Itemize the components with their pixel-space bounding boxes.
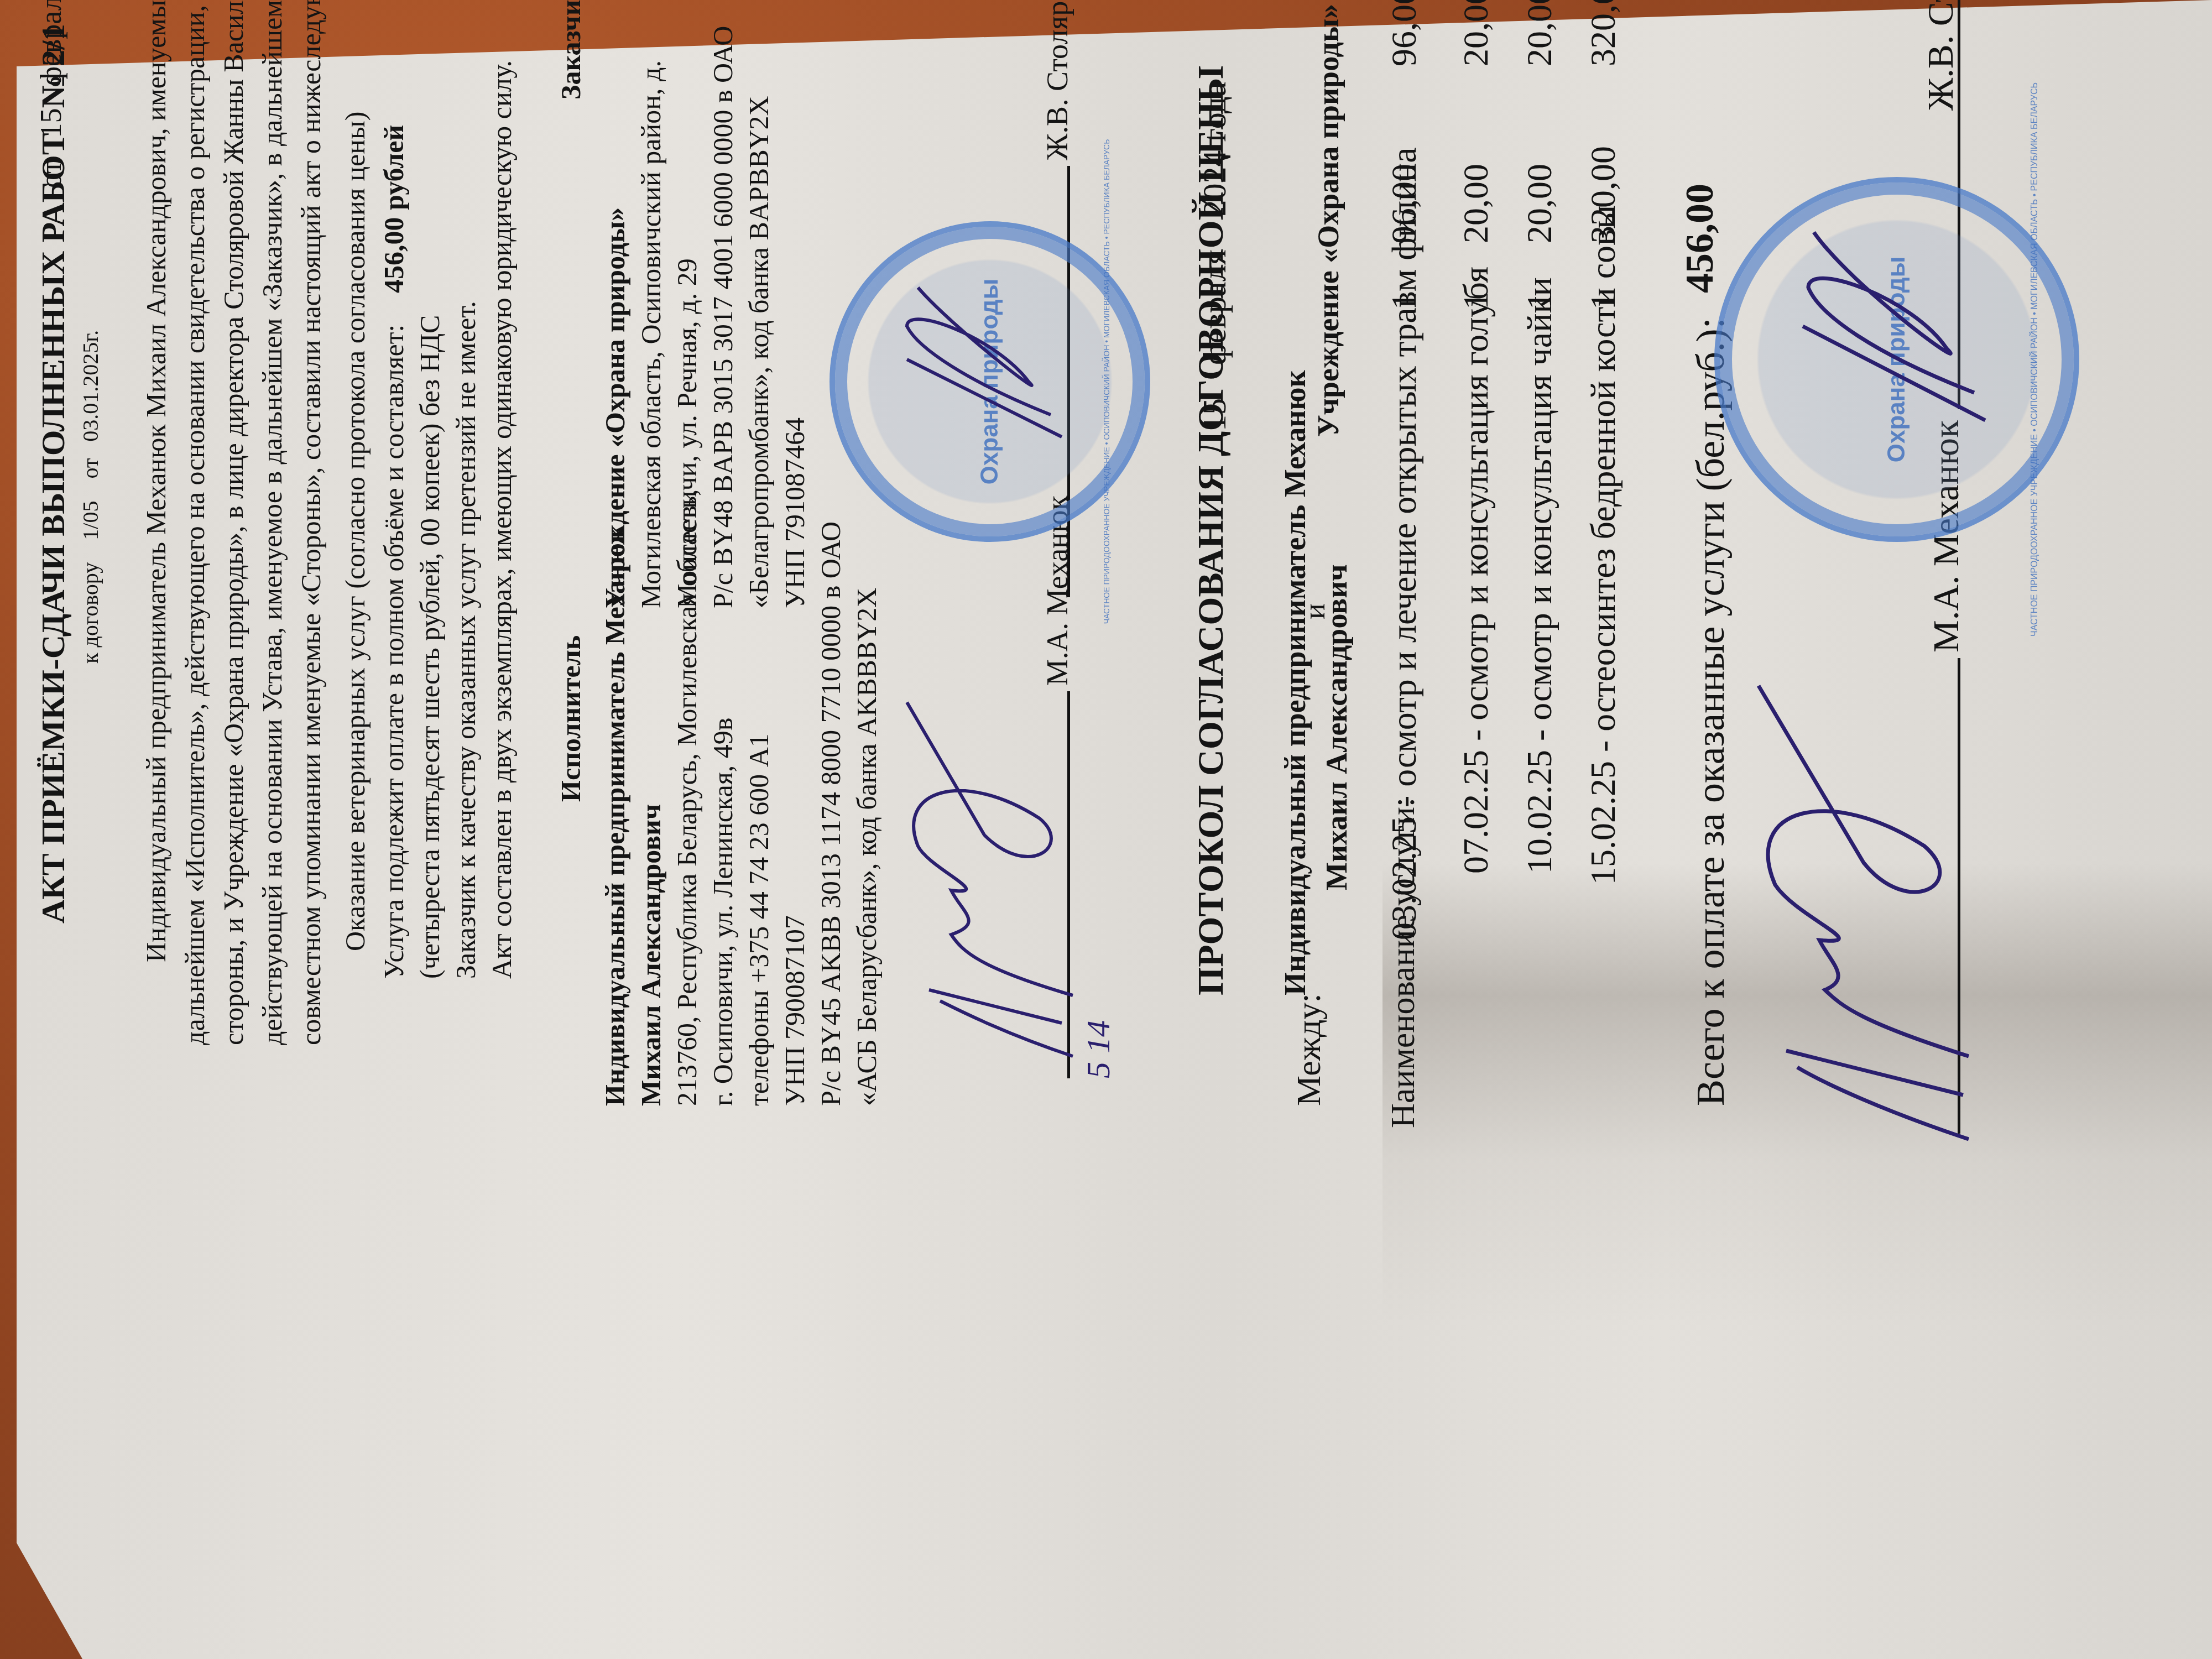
protocol-customer-signature-name: Ж.В. Столярова [1919, 0, 1964, 111]
intro-line-2: стороны, и Учреждение «Охрана природы», … [216, 0, 252, 1045]
customer-heading: Заказчик [553, 0, 589, 100]
and-label: и [1297, 603, 1333, 619]
intro-line-3: действующей на основании Устава, именуем… [254, 0, 290, 1045]
party2: Учреждение «Охрана природы» [1311, 4, 1347, 437]
total-value: 456,00 [1676, 184, 1724, 293]
body-line-3: Заказчик к качеству оказанных услуг прет… [448, 301, 484, 979]
body-line-2: (четыреста пятьдесят шесть рублей, 00 ко… [412, 315, 448, 979]
body-line-1: Услуга подлежит оплате в полном объёме и… [376, 325, 412, 979]
body-line-4: Акт составлен в двух экземплярах, имеющи… [484, 60, 520, 979]
protocol-date: 15 февраля 2024 года [1194, 82, 1235, 431]
stamp-bottom: Охрана природы ЧАСТНОЕ ПРИРОДООХРАННОЕ У… [1714, 177, 2079, 542]
body-line-0: Оказание ветеринарных услуг (согласно пр… [337, 112, 373, 951]
intro-line-1: дальнейшем «Исполнитель», действующего н… [177, 0, 213, 1045]
customer-signature-name: Ж.В. Столярова [1040, 0, 1076, 160]
executor-heading: Исполнитель [553, 635, 589, 802]
intro-line-0: Индивидуальный предприниматель Механюк М… [138, 0, 174, 962]
act-amount: 456,00 рублей [376, 125, 412, 293]
act-date: от 15 февраля 2025 года [33, 0, 70, 188]
party1-line1: Индивидуальный предприниматель Механюк [1277, 370, 1314, 995]
intro-line-4: совместном упоминании именуемые «Стороны… [293, 0, 329, 1045]
executor-signature-line [1067, 691, 1070, 1078]
protocol-executor-signature [1742, 664, 1974, 1161]
handwritten-date: 5 14 [1078, 1020, 1119, 1078]
contract-reference: к договору 1/05 от 03.01.2025г. [77, 330, 105, 664]
customer-details: Учреждение «Охрана природы» Могилевская … [597, 26, 813, 608]
total-label: Всего к оплате за оказанные услуги (бел.… [1687, 317, 1735, 1106]
executor-signature [896, 691, 1078, 1078]
document-page: АКТ ПРИЁМКИ-СДАЧИ ВЫПОЛНЕННЫХ РАБОТ № 2/… [0, 0, 2212, 1659]
stamp-top: Охрана природы ЧАСТНОЕ ПРИРОДООХРАННОЕ У… [830, 221, 1150, 542]
protocol-executor-signature-line [1958, 658, 1960, 1134]
between-label: Между: [1288, 993, 1331, 1106]
